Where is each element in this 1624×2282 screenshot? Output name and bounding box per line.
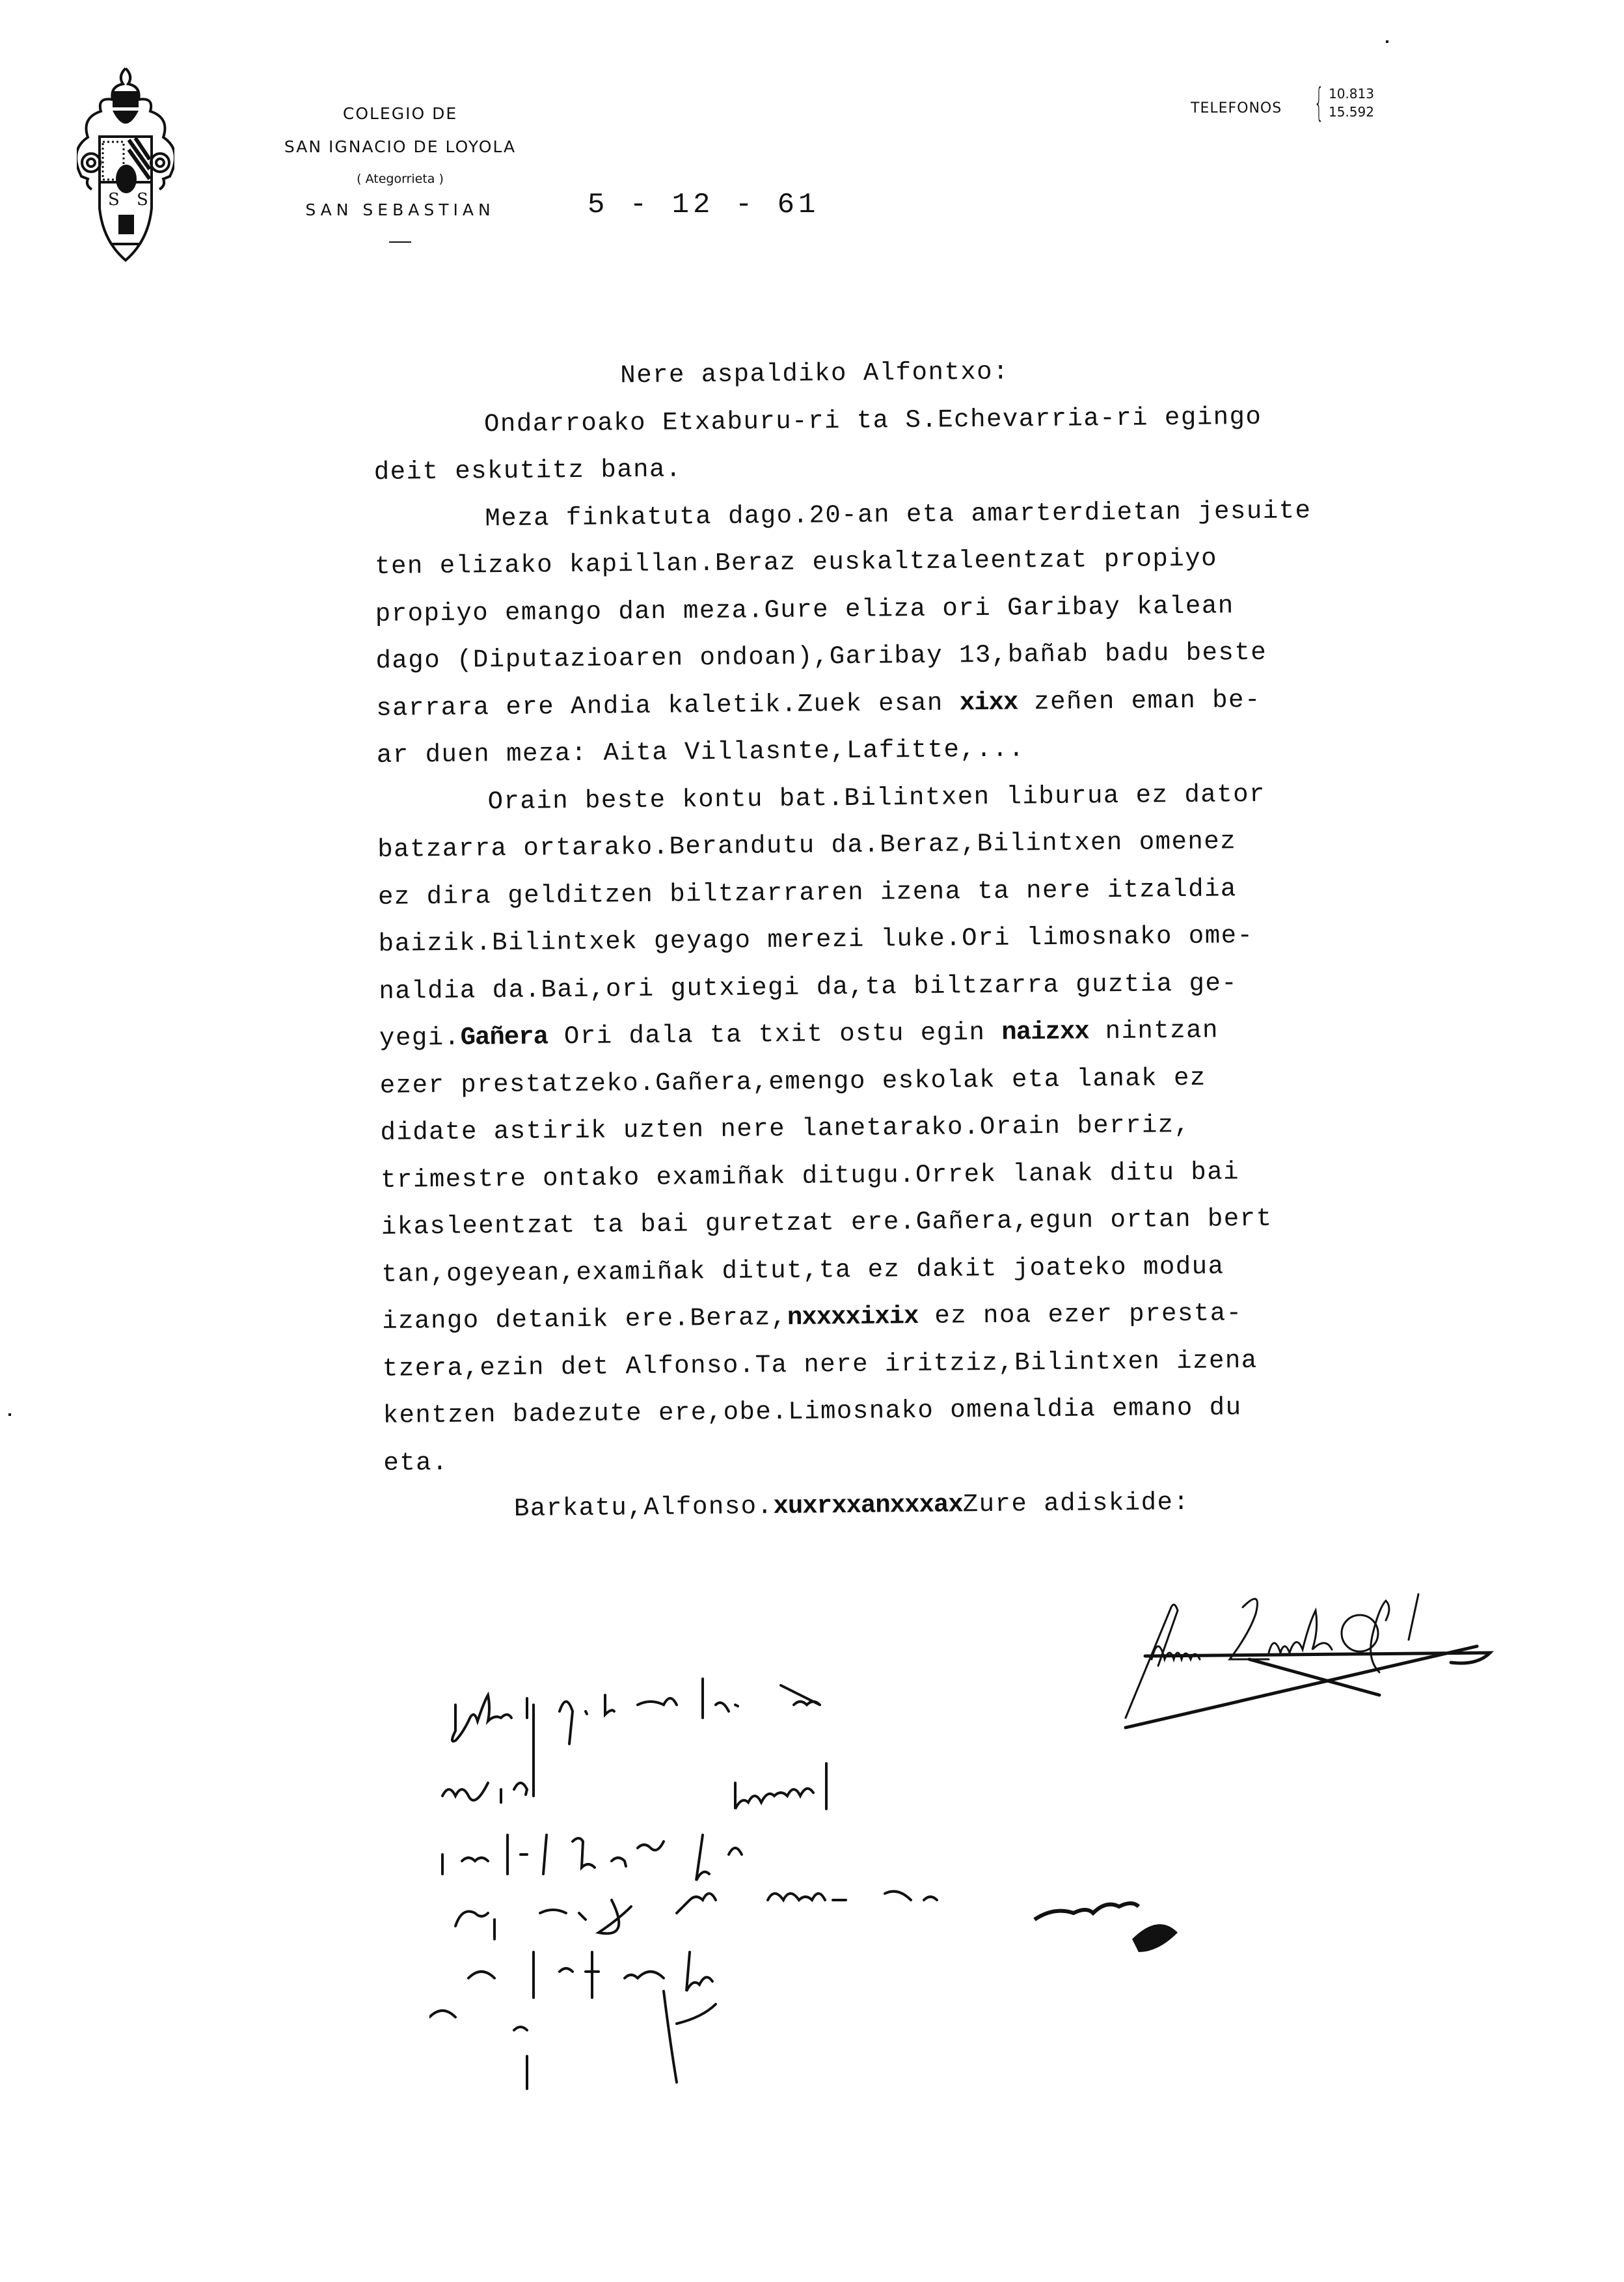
typed-line-text: dago (Diputazioaren ondoan),Garibay 13,b… — [375, 638, 1267, 675]
letterhead: COLEGIO DE SAN IGNACIO DE LOYOLA ( Atego… — [247, 98, 553, 243]
struck-out-text: naizxx — [1001, 1017, 1089, 1046]
typed-line-text: ar duen meza: Aita Villasnte,Lafitte,... — [377, 735, 1025, 770]
institution-line1: COLEGIO DE — [247, 104, 553, 123]
line-segment: Ori dala ta txit ostu egin — [548, 1018, 1002, 1052]
typed-line-text: ten elizako kapillan.Beraz euskaltzaleen… — [375, 545, 1217, 581]
typed-line-text: sarrara ere Andia kaletik.Zuek esan xixx… — [376, 685, 1261, 722]
district: ( Ategorrieta ) — [247, 172, 553, 186]
typed-line-text: yegi.Gañera Ori dala ta txit ostu egin n… — [379, 1016, 1219, 1053]
letter-body: Nere aspaldiko Alfontxo: Ondarroako Etxa… — [373, 344, 1503, 1534]
salutation-text: Nere aspaldiko Alfontxo: — [373, 358, 1009, 392]
letter-date: 5 - 12 - 61 — [588, 189, 819, 221]
typed-line-text: batzarra ortarako.Berandutu da.Beraz,Bil… — [377, 827, 1236, 864]
typed-line-text: tzera,ezin det Alfonso.Ta nere iritziz,B… — [383, 1346, 1258, 1383]
line-segment: Zure adiskide: — [963, 1488, 1190, 1519]
letter-lines: Ondarroako Etxaburu-ri ta S.Echevarria-r… — [373, 391, 1503, 1487]
typed-line-text: ezer prestatzeko.Gañera,emengo eskolak e… — [380, 1063, 1206, 1100]
coat-of-arms-icon: S S — [77, 65, 174, 267]
line-segment: sarrara ere Andia kaletik.Zuek esan — [376, 688, 960, 723]
line-segment: izango detanik ere.Beraz, — [382, 1303, 787, 1336]
letterhead-rule — [389, 241, 411, 243]
svg-text:S: S — [108, 190, 120, 210]
line-segment: Barkatu,Alfonso. — [514, 1492, 774, 1523]
struck-out-text: Gañera — [460, 1022, 548, 1052]
phone-number: 10.813 — [1329, 85, 1374, 103]
typed-line-text: kentzen badezute ere,obe.Limosnako omena… — [383, 1393, 1241, 1430]
scan-speck — [8, 1413, 11, 1416]
svg-text:S: S — [137, 190, 148, 210]
line-segment: ez noa ezer presta- — [918, 1299, 1242, 1331]
typed-line-text: ez dira gelditzen biltzarraren izena ta … — [378, 875, 1237, 912]
closing-text: Barkatu,Alfonso.xuxrxxanxxxaxZure adiski… — [384, 1488, 1190, 1525]
letter-page: S S COLEGIO DE SAN IGNACIO DE LOYOLA ( A… — [0, 0, 1624, 2282]
typed-line-text: naldia da.Bai,ori gutxiegi da,ta biltzar… — [379, 969, 1238, 1006]
closing-line: Barkatu,Alfonso.xuxrxxanxxxaxZure adiski… — [384, 1476, 1504, 1534]
struck-out-text: xuxrxxanxxxax — [773, 1490, 963, 1521]
typed-line-text: didate astirik uzten nere lanetarako.Ora… — [380, 1111, 1191, 1147]
brace-icon: { — [1314, 83, 1323, 122]
handwritten-note-icon — [429, 1666, 1601, 2121]
city: SAN SEBASTIAN — [247, 200, 553, 219]
typed-line-text: izango detanik ere.Beraz,nxxxxixix ez no… — [382, 1299, 1243, 1336]
line-segment: nintzan — [1089, 1016, 1219, 1046]
phone-number: 15.592 — [1329, 103, 1374, 121]
typed-line-text: trimestre ontako examiñak ditugu.Orrek l… — [381, 1158, 1239, 1195]
struck-out-text: xixx — [960, 688, 1018, 717]
typed-line-text: tan,ogeyean,examiñak ditut,ta ez dakit j… — [381, 1252, 1224, 1288]
typed-line-text: Ondarroako Etxaburu-ri ta S.Echevarria-r… — [373, 402, 1262, 439]
typed-line-text: Meza finkatuta dago.20-an eta amarterdie… — [374, 496, 1311, 534]
scan-speck — [1386, 40, 1388, 43]
typed-line-text: deit eskutitz bana. — [374, 455, 683, 487]
typed-line-text: eta. — [383, 1448, 448, 1477]
typed-line-text: baizik.Bilintxek geyago merezi luke.Ori … — [378, 921, 1253, 958]
typed-line-text: propiyo emango dan meza.Gure eliza ori G… — [375, 591, 1234, 629]
typed-line-text: Orain beste kontu bat.Bilintxen liburua … — [377, 780, 1265, 817]
struck-out-text: nxxxxixix — [787, 1302, 919, 1332]
phone-numbers: 10.813 15.592 — [1329, 85, 1374, 121]
typed-line-text: ikasleentzat ta bai guretzat ere.Gañera,… — [381, 1204, 1273, 1242]
line-segment: zeñen eman be- — [1018, 685, 1261, 716]
institution-line2: SAN IGNACIO DE LOYOLA — [247, 137, 553, 156]
line-segment: yegi. — [379, 1024, 461, 1053]
phones-label: TELEFONOS — [1191, 100, 1282, 116]
